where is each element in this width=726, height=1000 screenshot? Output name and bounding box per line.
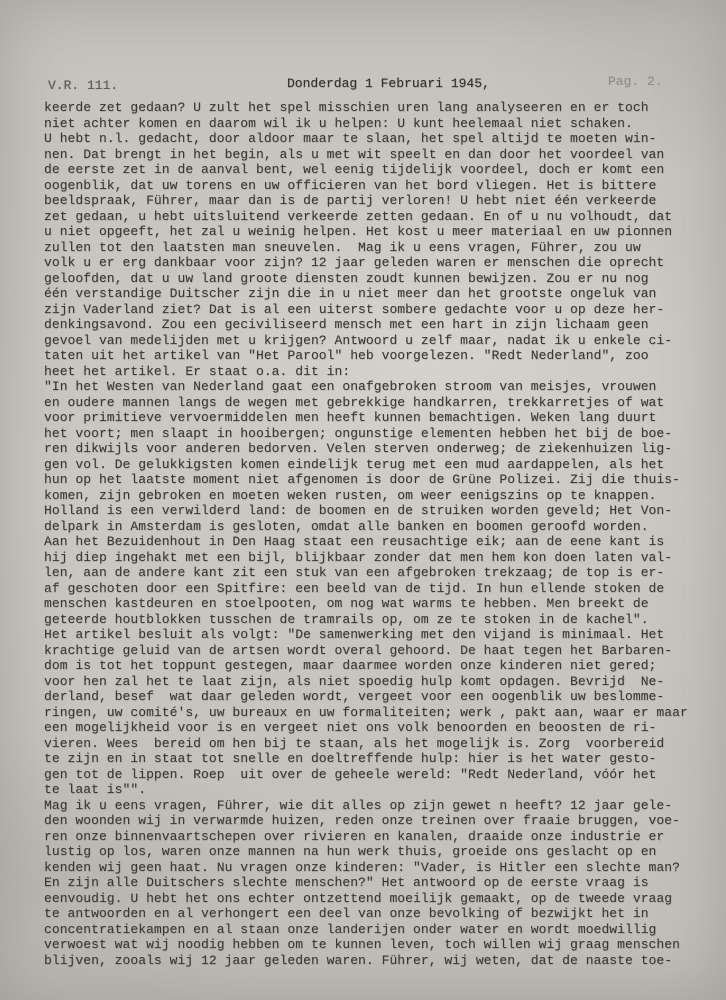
document-page: V.R. 111. Donderdag 1 Februari 1945, Pag… [0, 0, 726, 1000]
document-body-text: keerde zet gedaan? U zult het spel missc… [44, 100, 726, 968]
page-number: Pag. 2. [608, 74, 663, 89]
document-date: Donderdag 1 Februari 1945, [287, 76, 490, 91]
document-code: V.R. 111. [48, 78, 118, 93]
